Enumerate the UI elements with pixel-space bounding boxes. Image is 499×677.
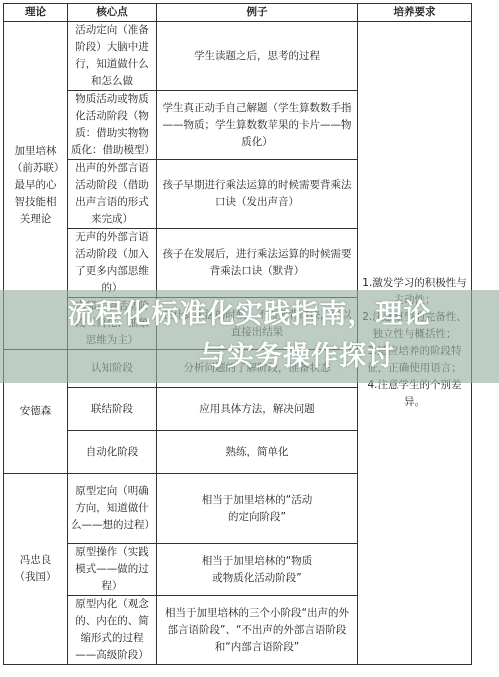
header-row: 理论 核心点 例子 培养要求 (4, 4, 472, 22)
example-cell: 学生读题之后，思考的过程 (157, 22, 358, 91)
core-cell: 原型内化（观念的、内在的、简缩形式的过程——高级阶段） (68, 596, 157, 665)
table-row: 加里培林（前苏联）最早的心智技能相关理论 活动定向（准备阶段）大脑中进行，知道做… (4, 22, 472, 91)
overlay-title: 流程化标准化实践指南，理论 与实务操作探讨 (0, 294, 499, 378)
core-cell: 联结阶段 (68, 388, 157, 431)
theory-cell: 冯忠良（我国） (4, 474, 68, 665)
header-requirement: 培养要求 (358, 4, 472, 22)
core-cell: 出声的外部言语活动阶段（借助出声言语的形式来完成） (68, 160, 157, 229)
core-cell: 物质活动或物质化活动阶段（物质：借助实物物质化：借助模型） (68, 91, 157, 160)
example-cell: 应用具体方法，解决问题 (157, 388, 358, 431)
overlay-title-line-1: 流程化标准化实践指南，理论 (0, 294, 499, 336)
example-cell: 相当于加里培林的“物质或物质化活动阶段” (157, 544, 358, 596)
header-theory: 理论 (4, 4, 68, 22)
overlay-title-line-2: 与实务操作探讨 (0, 336, 499, 378)
example-cell: 学生真正动手自己解题（学生算数数手指——物质；学生算数数苹果的卡片——物质化） (157, 91, 358, 160)
example-cell: 相当于加里培林的“活动的定向阶段” (157, 474, 358, 544)
core-cell: 自动化阶段 (68, 431, 157, 474)
example-cell: 相当于加里培林的三个小阶段“出声的外部言语阶段”、“不出声的外部言语阶段和“内部… (157, 596, 358, 665)
header-example: 例子 (157, 4, 358, 22)
core-cell: 无声的外部言语活动阶段（加入了更多内部思维的） (68, 229, 157, 298)
example-cell: 孩子早期进行乘法运算的时候需要背乘法口诀（发出声音） (157, 160, 358, 229)
core-cell: 原型操作（实践模式——做的过程） (68, 544, 157, 596)
example-cell: 孩子在发展后，进行乘法运算的时候需要背乘法口诀（默背） (157, 229, 358, 298)
core-cell: 原型定向（明确方向，知道做什么——想的过程） (68, 474, 157, 544)
header-core-point: 核心点 (68, 4, 157, 22)
example-cell: 熟练，简单化 (157, 431, 358, 474)
core-cell: 活动定向（准备阶段）大脑中进行，知道做什么和怎么做 (68, 22, 157, 91)
